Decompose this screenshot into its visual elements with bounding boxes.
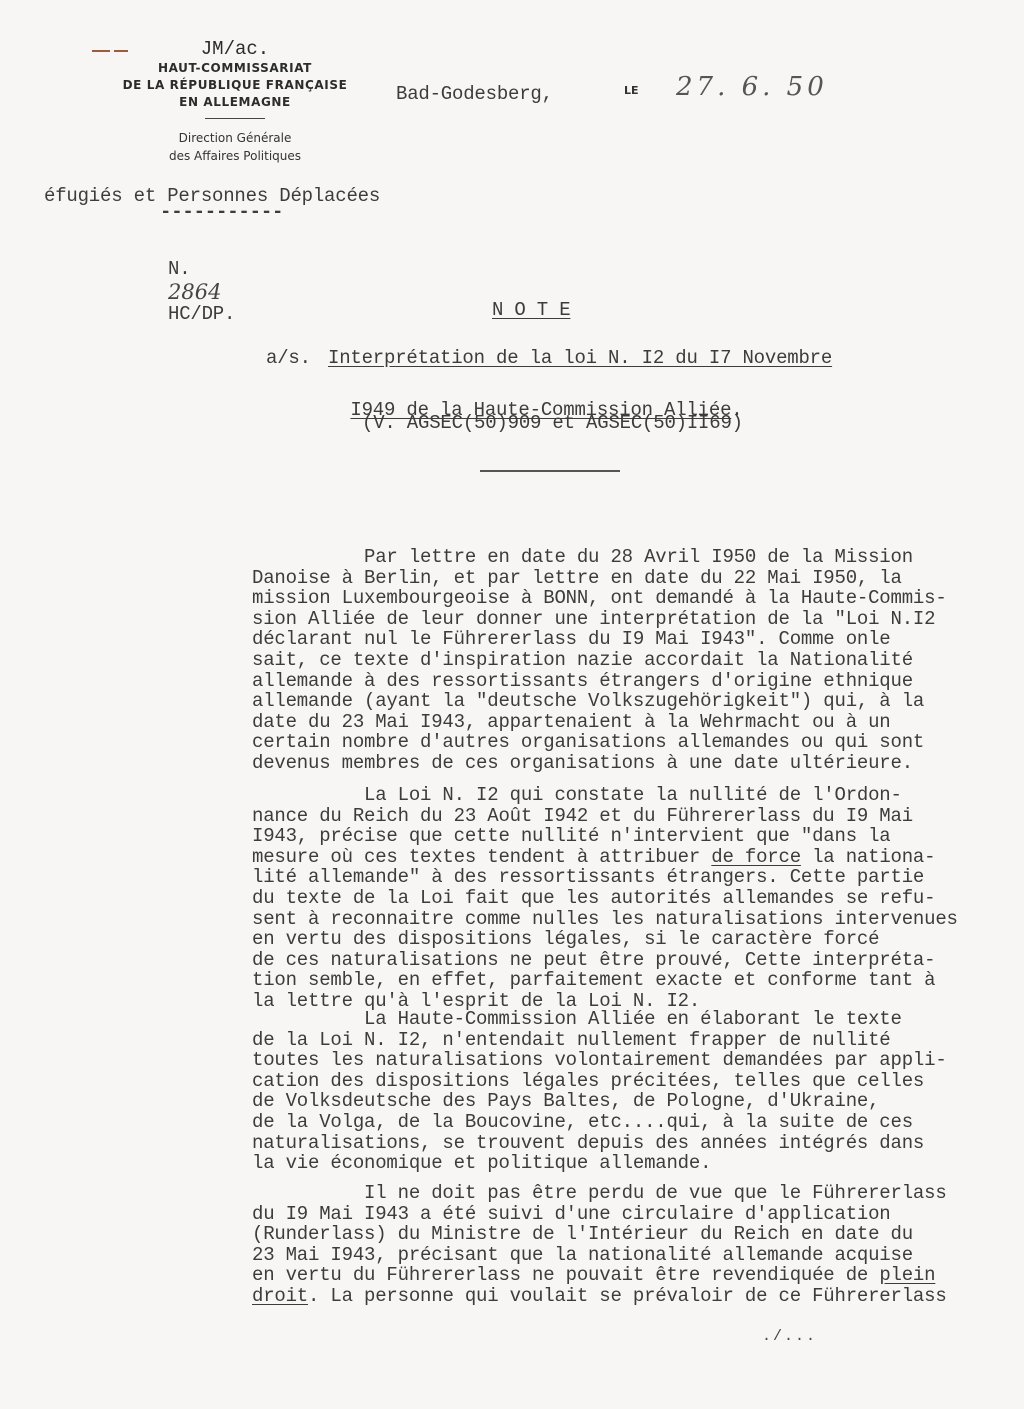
text-line: allemande à des ressortissants étrangers…	[252, 671, 1012, 692]
text-segment: la nationa-	[801, 846, 935, 868]
text-line: La Haute-Commission Alliée en élaborant …	[252, 1009, 1012, 1030]
paragraph-1: Par lettre en date du 28 Avril I950 de l…	[252, 547, 1012, 774]
text-line: naturalisations, se trouvent depuis des …	[252, 1133, 1012, 1154]
letterhead-line: EN ALLEMAGNE	[100, 94, 370, 111]
text-line: date du 23 Mai I943, appartenaient à la …	[252, 712, 1012, 733]
note-title: N O T E	[492, 300, 570, 321]
text-line: en vertu des dispositions légales, si le…	[252, 929, 1012, 950]
text-line: Il ne doit pas être perdu de vue que le …	[252, 1183, 1012, 1204]
text-line: la vie économique et politique allemande…	[252, 1153, 1012, 1174]
text-line: allemande (ayant la "deutsche Volkszugeh…	[252, 691, 1012, 712]
text-line: La Loi N. I2 qui constate la nullité de …	[252, 785, 1012, 806]
service-rule: -----------	[160, 202, 283, 223]
continuation-mark: ./...	[762, 1328, 817, 1345]
subject-label: a/s.	[266, 348, 311, 369]
place: Bad-Godesberg,	[396, 84, 553, 105]
text-line: sent à reconnaitre comme nulles les natu…	[252, 909, 1012, 930]
text-line: de Volksdeutsche des Pays Baltes, de Pol…	[252, 1091, 1012, 1112]
text-line: 23 Mai I943, précisant que la nationalit…	[252, 1245, 1012, 1266]
separator-rule	[480, 470, 620, 472]
text-line: (Runderlass) du Ministre de l'Intérieur …	[252, 1224, 1012, 1245]
author-initials: JM/ac.	[100, 38, 370, 60]
underlined-phrase: de force	[711, 846, 801, 868]
text-line: mission Luxembourgeoise à BONN, ont dema…	[252, 588, 1012, 609]
paragraph-2: La Loi N. I2 qui constate la nullité de …	[252, 785, 1012, 1012]
text-line: I943, précise que cette nullité n'interv…	[252, 826, 1012, 847]
department-line: Direction Générale	[100, 129, 370, 147]
text-line: du I9 Mai I943 a été suivi d'une circula…	[252, 1204, 1012, 1225]
text-segment: . La personne qui voulait se prévaloir d…	[308, 1285, 947, 1307]
paragraph-4: Il ne doit pas être perdu de vue que le …	[252, 1183, 1012, 1307]
reference-prefix: N.	[168, 258, 190, 280]
letterhead: JM/ac. HAUT-COMMISSARIAT DE LA RÉPUBLIQU…	[100, 38, 370, 165]
text-line: en vertu du Führererlass ne pouvait être…	[252, 1265, 1012, 1286]
text-line: de ces naturalisations ne peut être prou…	[252, 950, 1012, 971]
text-line: sait, ce texte d'inspiration nazie accor…	[252, 650, 1012, 671]
paragraph-3: La Haute-Commission Alliée en élaborant …	[252, 1009, 1012, 1174]
letterhead-line: DE LA RÉPUBLIQUE FRANÇAISE	[100, 77, 370, 94]
text-line: devenus membres de ces organisations à u…	[252, 753, 1012, 774]
text-segment: en vertu du Führererlass ne pouvait être…	[252, 1264, 879, 1286]
reference: N. 2864 HC/DP.	[160, 241, 235, 324]
subject-references: (V. AGSEC(50)909 et AGSEC(50)II69)	[362, 413, 743, 434]
date-handwritten: 27. 6. 50	[676, 72, 828, 102]
underlined-phrase: plein	[879, 1264, 935, 1286]
text-line: Par lettre en date du 28 Avril I950 de l…	[252, 547, 1012, 568]
reference-suffix: HC/DP.	[168, 303, 235, 325]
text-line: lité allemande" à des ressortissants étr…	[252, 867, 1012, 888]
underlined-phrase: droit	[252, 1285, 308, 1307]
text-line: Danoise à Berlin, et par lettre en date …	[252, 568, 1012, 589]
text-line: de la Loi N. I2, n'entendait nullement f…	[252, 1030, 1012, 1051]
text-line: nance du Reich du 23 Août I942 et du Füh…	[252, 806, 1012, 827]
reference-number: 2864	[168, 280, 221, 304]
text-line: déclarant nul le Führererlass du I9 Mai …	[252, 629, 1012, 650]
text-line: tion semble, en effet, parfaitement exac…	[252, 970, 1012, 991]
subject-line-1: Interprétation de la loi N. I2 du I7 Nov…	[328, 348, 832, 369]
text-line: de la Volga, de la Boucovine, etc....qui…	[252, 1112, 1012, 1133]
letterhead-rule	[205, 118, 265, 119]
text-line: mesure où ces textes tendent à attribuer…	[252, 847, 1012, 868]
department-line: des Affaires Politiques	[100, 147, 370, 165]
text-line: sion Alliée de leur donner une interprét…	[252, 609, 1012, 630]
text-line: certain nombre d'autres organisations al…	[252, 732, 1012, 753]
date-label: LE	[624, 84, 639, 97]
text-line: droit. La personne qui voulait se préval…	[252, 1286, 1012, 1307]
letterhead-line: HAUT-COMMISSARIAT	[100, 60, 370, 77]
text-line: cation des dispositions légales précitée…	[252, 1071, 1012, 1092]
text-line: toutes les naturalisations volontairemen…	[252, 1050, 1012, 1071]
text-segment: mesure où ces textes tendent à attribuer	[252, 846, 711, 868]
text-line: du texte de la Loi fait que les autorité…	[252, 888, 1012, 909]
